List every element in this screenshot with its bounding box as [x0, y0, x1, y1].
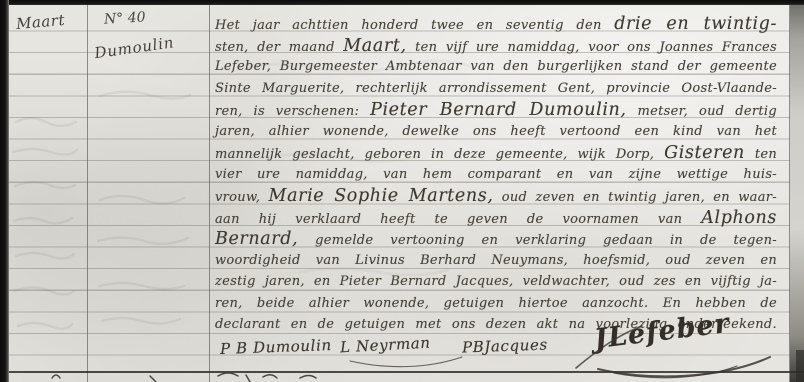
manuscript-text-segment: Sinte Marguerite, rechterlijk arrondisse… [215, 81, 777, 96]
manuscript-text-segment: gemelde vertooning en verklaring gedaan … [298, 233, 777, 248]
scan-gutter-right [790, 0, 804, 382]
manuscript-text-segment: oud zeven en twintig jaren, en waar- [493, 190, 777, 205]
manuscript-text-segment: Marie Sophie Martens, [269, 186, 494, 206]
manuscript-line-8: vier ure namiddag, van hem comparant en … [215, 164, 777, 186]
manuscript-line-3: Lefeber, Burgemeester Ambtenaar van den … [215, 56, 777, 78]
manuscript-text-segment: metser, oud dertig [627, 104, 777, 119]
signature-witness-2: PBJacques [462, 336, 548, 357]
manuscript-line-5: ren, is verschenen: Pieter Bernard Dumou… [215, 99, 777, 121]
manuscript-text-segment: vrouw, [215, 190, 269, 205]
manuscript-line-9: vrouw, Marie Sophie Martens, oud zeven e… [215, 185, 777, 207]
manuscript-text-segment: Bernard, [215, 229, 298, 249]
scan-edge-top [0, 0, 804, 5]
manuscript-text-segment: jaren, alhier wonende, dewelke ons heeft… [215, 124, 777, 139]
manuscript-line-10: aan hij verklaard heeft te geven de voor… [215, 207, 777, 229]
scan-edge-left [0, 0, 9, 382]
manuscript-text-segment: sten, der maand [215, 40, 343, 55]
signature-declarant: P B Dumoulin [220, 336, 332, 358]
manuscript-text-segment: zestig jaren, en Pieter Bernard Jacques,… [215, 274, 777, 289]
manuscript-line-4: Sinte Marguerite, rechterlijk arrondisse… [215, 78, 777, 100]
manuscript-text-segment: woordigheid van Livinus Berhard Neuymans… [215, 253, 777, 268]
manuscript-text-segment: mannelijk geslacht, geboren in deze geme… [215, 147, 664, 162]
manuscript-text-segment: ten [745, 147, 777, 162]
manuscript-text-segment: Maart, [343, 36, 406, 56]
manuscript-text-segment: ren, beide alhier wonende, getuigen hier… [215, 296, 777, 311]
column-divider-month [87, 5, 88, 382]
manuscript-text-segment: ren, is verschenen: [215, 104, 370, 119]
manuscript-line-13: zestig jaren, en Pieter Bernard Jacques,… [215, 271, 777, 293]
manuscript-line-11: Bernard, gemelde vertooning en verklarin… [215, 228, 777, 250]
manuscript-line-2: sten, der maand Maart, ten vijf ure nami… [215, 35, 777, 57]
act-surname-label: Dumoulin [93, 28, 214, 63]
manuscript-line-7: mannelijk geslacht, geboren in deze geme… [215, 142, 777, 164]
manuscript-text-segment: aan hij verklaard heeft te geven de voor… [215, 212, 701, 227]
manuscript-text-segment: Gisteren [664, 143, 745, 163]
manuscript-line-12: woordigheid van Livinus Berhard Neuymans… [215, 250, 777, 272]
manuscript-text-segment: ten vijf ure namiddag, voor ons Joannes … [407, 40, 777, 55]
column-divider-act [209, 5, 210, 382]
manuscript-text-segment: vier ure namiddag, van hem comparant en … [215, 167, 777, 182]
manuscript-text-segment: Alphons [701, 208, 777, 228]
manuscript-text-segment: Lefeber, Burgemeester Ambtenaar van den … [215, 59, 777, 74]
manuscript-text-segment: Pieter Bernard Dumoulin, [370, 100, 627, 120]
manuscript-text-segment: drie en twintig- [614, 14, 777, 34]
civil-register-scan: Maart N° 40 Dumoulin Het jaar achttien h… [0, 0, 804, 382]
manuscript-line-6: jaren, alhier wonende, dewelke ons heeft… [215, 121, 777, 143]
manuscript-text-segment: Het jaar achttien honderd twee en sevent… [215, 18, 614, 33]
signature-witness-1: L Neyrman [340, 334, 431, 357]
manuscript-line-1: Het jaar achttien honderd twee en sevent… [215, 13, 777, 35]
act-number-label: N° 40 [104, 6, 205, 27]
margin-month-label: Maart [15, 9, 86, 33]
manuscript-body: Het jaar achttien honderd twee en sevent… [212, 0, 789, 382]
